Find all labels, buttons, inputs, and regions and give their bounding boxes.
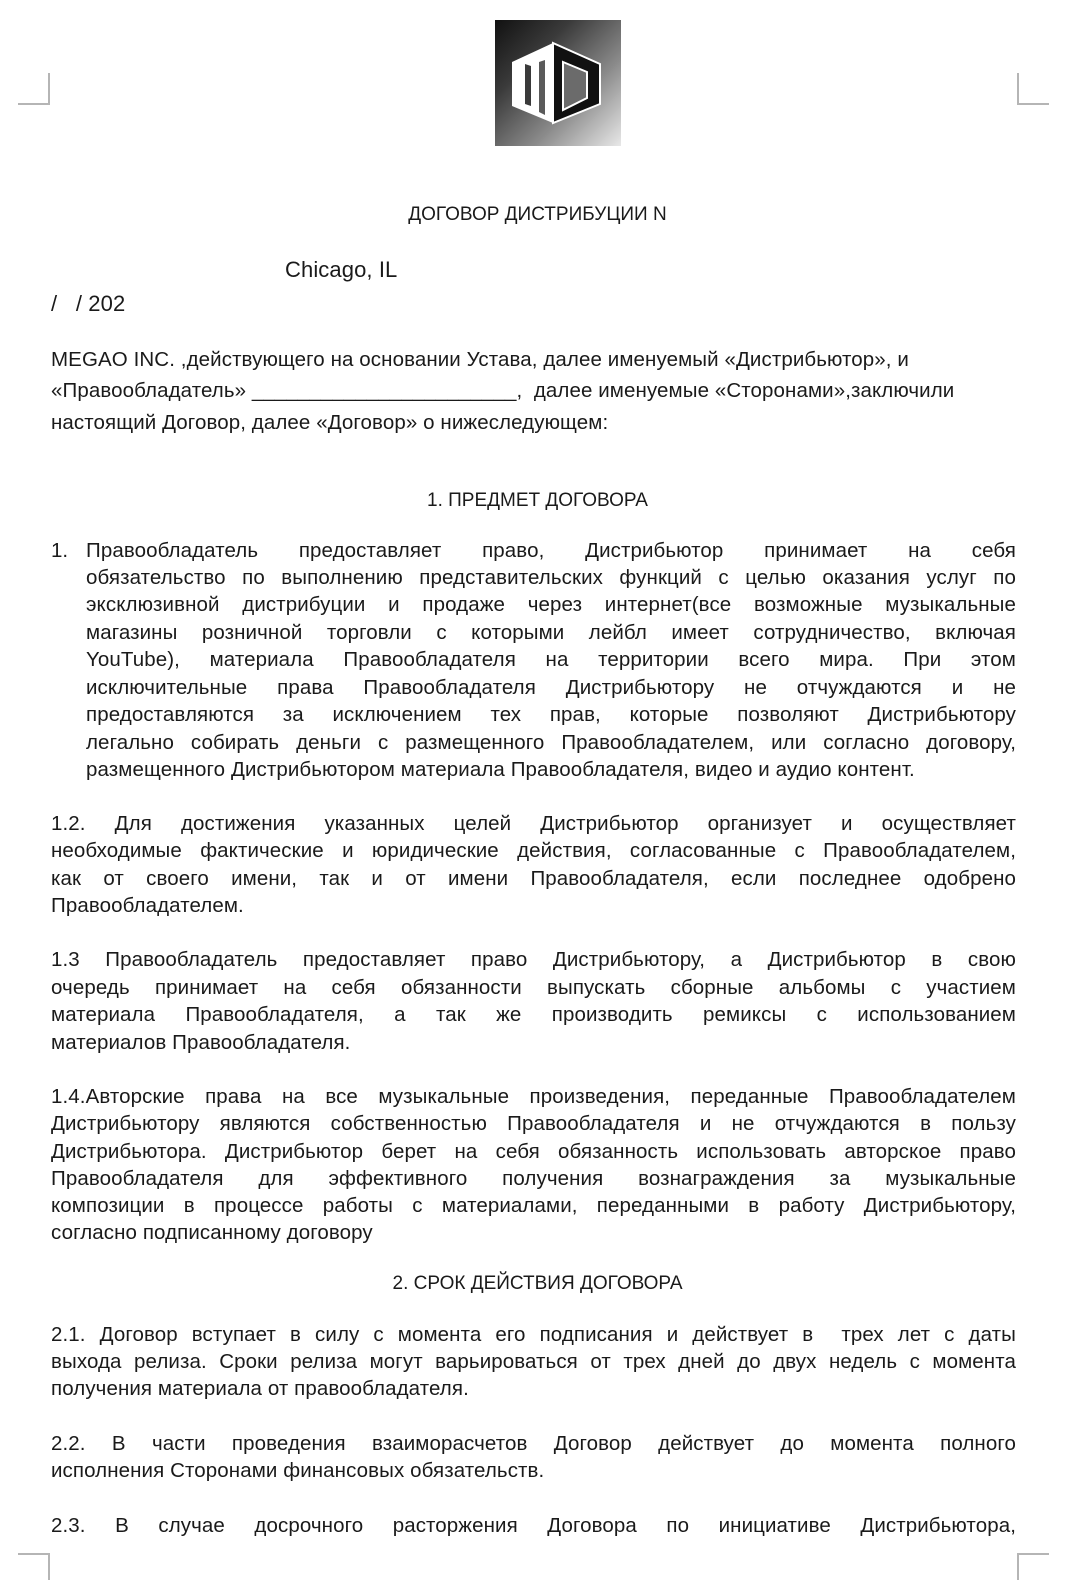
clause-2-1-line: выхода релиза. Сроки релиза могут варьир… [51, 1348, 1016, 1375]
section-heading-2: 2. СРОК ДЕЙСТВИЯ ДОГОВОРА [0, 1272, 1075, 1296]
clause-1-2-line: необходимые фактические и юридические де… [51, 837, 1016, 864]
clause-2-1-line: получения материала от правообладателя. [51, 1375, 1016, 1402]
clause-1-4-line: 1.4.Авторские права на все музыкальные п… [51, 1083, 1016, 1110]
preamble-line: настоящий Договор, далее «Договор» о ниж… [51, 409, 1016, 436]
clause-1-1-line: эксклюзивной дистрибуции и продаже через… [86, 591, 1016, 618]
clause-1-1-line: исключительные права Правообладателя Дис… [86, 674, 1016, 701]
section-heading-1: 1. ПРЕДМЕТ ДОГОВОРА [0, 489, 1075, 513]
clause-1-2-line: 1.2. Для достижения указанных целей Дист… [51, 810, 1016, 837]
clause-1-3-line: материала Правообладателя, а так же прои… [51, 1001, 1016, 1028]
clause-1-2-line: Правообладателем. [51, 892, 1016, 919]
preamble-line: MEGAO INC. ,действующего на основании Ус… [51, 346, 1016, 373]
city: Chicago, IL [285, 256, 1075, 283]
clause-1-4-line: согласно подписанному договору [51, 1219, 1016, 1246]
clause-1-4-line: Правообладателя для эффективного получен… [51, 1165, 1016, 1192]
preamble-line: «Правообладатель» ______________________… [51, 377, 1016, 404]
crop-mark-top-left [18, 73, 50, 105]
clause-1-1-line: YouTube), материала Правообладателя на т… [86, 646, 1016, 673]
clause-1-3-line: 1.3 Правообладатель предоставляет право … [51, 946, 1016, 973]
clause-1-4-line: Дистрибьютору являются собственностью Пр… [51, 1110, 1016, 1137]
crop-mark-bottom-right [1017, 1553, 1049, 1580]
md-logo-icon [495, 20, 621, 146]
crop-mark-top-right [1017, 73, 1049, 105]
clause-1-3-line: очередь принимает на себя обязанности вы… [51, 974, 1016, 1001]
clause-1-1-line: размещенного Дистрибьютором материала Пр… [86, 756, 1016, 783]
clause-1-1-line: легально собирать деньги с размещенного … [86, 729, 1016, 756]
clause-1-2-line: как от своего имени, так и от имени Прав… [51, 865, 1016, 892]
company-logo [495, 20, 621, 146]
clause-2-2-line: исполнения Сторонами финансовых обязател… [51, 1457, 1016, 1484]
clause-2-3-line: 2.3. В случае досрочного расторжения Дог… [51, 1512, 1016, 1539]
clause-1-1-line: предоставляются за исключением тех прав,… [86, 701, 1016, 728]
date-field: / / 202 [51, 290, 1016, 317]
list-number: 1. [51, 537, 68, 564]
clause-2-2-line: 2.2. В части проведения взаиморасчетов Д… [51, 1430, 1016, 1457]
clause-1-4-line: композиции в процессе работы с материала… [51, 1192, 1016, 1219]
clause-1-1-line: обязательство по выполнению представител… [86, 564, 1016, 591]
crop-mark-bottom-left [18, 1553, 50, 1580]
clause-2-1-line: 2.1. Договор вступает в силу с момента е… [51, 1321, 1016, 1348]
document-title: ДОГОВОР ДИСТРИБУЦИИ N [0, 203, 1075, 227]
clause-1-4-line: Дистрибьютора. Дистрибьютор берет на себ… [51, 1138, 1016, 1165]
clause-1-1-line: Правообладатель предоставляет право, Дис… [86, 537, 1016, 564]
clause-1-3-line: материалов Правообладателя. [51, 1029, 1016, 1056]
clause-1-1-line: магазины розничной торговли с которыми л… [86, 619, 1016, 646]
